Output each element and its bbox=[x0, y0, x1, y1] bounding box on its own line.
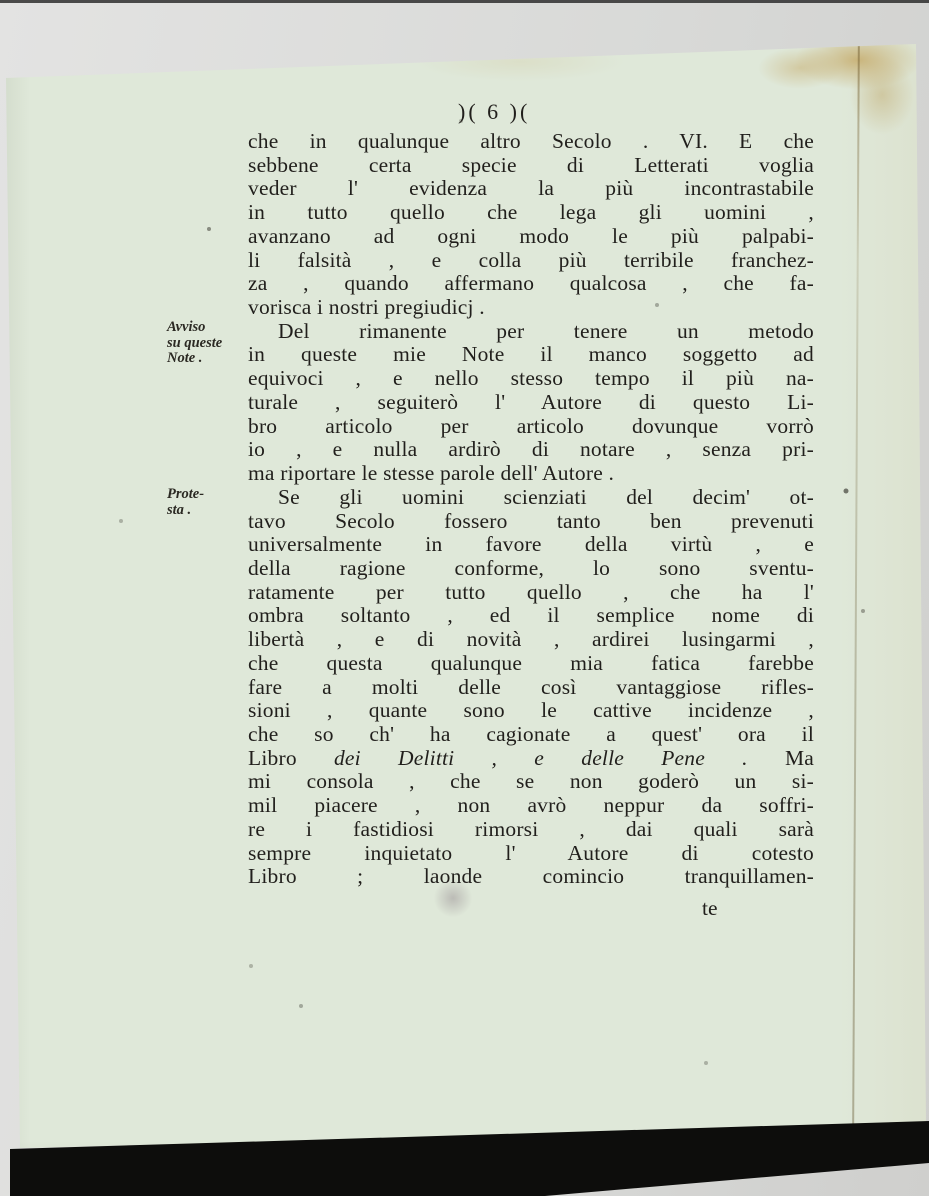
text-line: mi consola , che se non goderò un si- bbox=[248, 770, 814, 794]
text-line: li falsità , e colla più terribile franc… bbox=[248, 249, 814, 273]
text-line: che so ch' ha cagionate a quest' ora il bbox=[248, 723, 814, 747]
text-line-with-book-title: Libro dei Delitti , e delle Pene . Ma bbox=[248, 747, 814, 771]
margin-note-line: Avviso bbox=[167, 320, 253, 336]
text-line: della ragione conforme, lo sono sventu- bbox=[248, 557, 814, 581]
text-line: tavo Secolo fossero tanto ben prevenuti bbox=[248, 510, 814, 534]
text-line: turale , seguiterò l' Autore di questo L… bbox=[248, 391, 814, 415]
margin-note-protesta: Prote- sta . bbox=[167, 487, 253, 518]
text-line: veder l' evidenza la più incontrastabile bbox=[248, 177, 814, 201]
text-line: in queste mie Note il manco soggetto ad bbox=[248, 343, 814, 367]
text-line: sebbene certa specie di Letterati voglia bbox=[248, 154, 814, 178]
text-line: Del rimanente per tenere un metodo bbox=[248, 320, 814, 344]
scan-viewport: )( 6 )( Avviso su queste Note . Prote- s… bbox=[0, 0, 929, 1196]
margin-note-line: sta . bbox=[167, 503, 253, 519]
body-text: che in qualunque altro Secolo . VI. E ch… bbox=[248, 130, 814, 889]
text-line: che questa qualunque mia fatica farebbe bbox=[248, 652, 814, 676]
text-line: ratamente per tutto quello , che ha l' bbox=[248, 581, 814, 605]
text-line: vorisca i nostri pregiudicj . bbox=[248, 296, 814, 320]
text-line: mil piacere , non avrò neppur da soffri- bbox=[248, 794, 814, 818]
text-line: che in qualunque altro Secolo . VI. E ch… bbox=[248, 130, 814, 154]
text-line: re i fastidiosi rimorsi , dai quali sarà bbox=[248, 818, 814, 842]
text-line: sempre inquietato l' Autore di cotesto bbox=[248, 842, 814, 866]
text-line: Se gli uomini scienziati del decim' ot- bbox=[248, 486, 814, 510]
margin-note-avviso: Avviso su queste Note . bbox=[167, 320, 253, 367]
book-title-italic: dei Delitti , e delle Pene . bbox=[334, 746, 748, 770]
margin-note-line: su queste bbox=[167, 336, 253, 352]
catchword: te bbox=[702, 896, 718, 921]
text-line: ombra soltanto , ed il semplice nome di bbox=[248, 604, 814, 628]
text-line: ma riportare le stesse parole dell' Auto… bbox=[248, 462, 814, 486]
margin-note-line: Prote- bbox=[167, 487, 253, 503]
text-line: io , e nulla ardirò di notare , senza pr… bbox=[248, 438, 814, 462]
text-line: Libro ; laonde comincio tranquillamen- bbox=[248, 865, 814, 889]
text-line: fare a molti delle così vantaggiose rifl… bbox=[248, 676, 814, 700]
margin-note-line: Note . bbox=[167, 351, 253, 367]
text-line: equivoci , e nello stesso tempo il più n… bbox=[248, 367, 814, 391]
text-line: in tutto quello che lega gli uomini , bbox=[248, 201, 814, 225]
text-line: bro articolo per articolo dovunque vorrò bbox=[248, 415, 814, 439]
text-run: Ma bbox=[748, 746, 814, 770]
scan-top-edge bbox=[0, 0, 929, 3]
text-line: avanzano ad ogni modo le più palpabi- bbox=[248, 225, 814, 249]
text-line: sioni , quante sono le cattive incidenze… bbox=[248, 699, 814, 723]
page-number: )( 6 )( bbox=[458, 99, 530, 125]
scanned-book-page: )( 6 )( Avviso su queste Note . Prote- s… bbox=[0, 0, 929, 1196]
page-crease bbox=[852, 46, 860, 1124]
text-run: Libro bbox=[248, 746, 334, 770]
text-line: libertà , e di novità , ardirei lusingar… bbox=[248, 628, 814, 652]
text-line: universalmente in favore della virtù , e bbox=[248, 533, 814, 557]
text-line: za , quando affermano qualcosa , che fa- bbox=[248, 272, 814, 296]
